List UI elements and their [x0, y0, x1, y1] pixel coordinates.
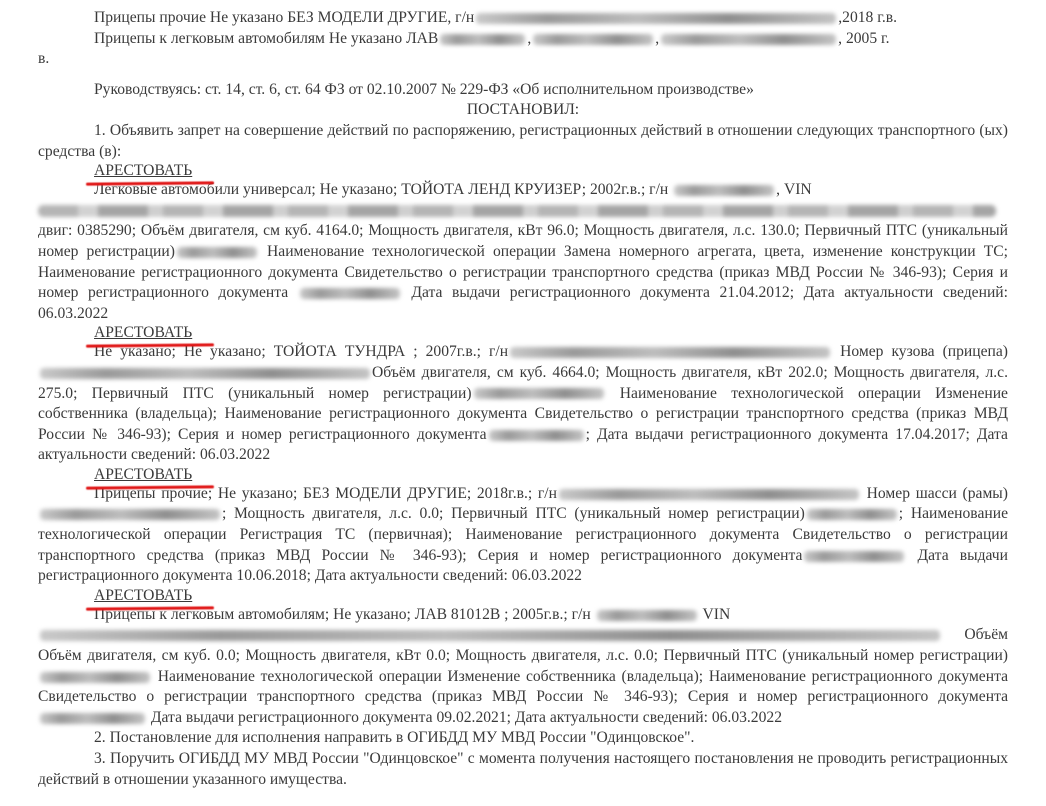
redacted-plate-vin	[559, 489, 859, 500]
redacted-model	[440, 34, 525, 45]
arrest-heading: АРЕСТОВАТЬ	[94, 587, 192, 605]
arrest-heading: АРЕСТОВАТЬ	[94, 466, 192, 484]
redacted-body-number	[40, 368, 370, 379]
redacted-vin-chassis-body	[38, 205, 996, 217]
vehicle-4: Прицепы к легковым автомобилям; Не указа…	[38, 605, 1008, 729]
vehicle-3: Прицепы прочие; Не указано; БЕЗ МОДЕЛИ Д…	[38, 484, 1008, 587]
redacted-plate	[597, 610, 697, 621]
redacted-chassis-number	[40, 509, 220, 520]
redacted-doc-number	[40, 713, 145, 724]
legal-basis: Руководствуясь: ст. 14, ст. 6, ст. 64 ФЗ…	[38, 80, 1008, 101]
clause-2: 2. Постановление для исполнения направит…	[38, 728, 1008, 749]
redacted-pts	[807, 509, 897, 520]
header-line-1: Прицепы прочие Не указано БЕЗ МОДЕЛИ ДРУ…	[38, 8, 1008, 29]
clause-3: 3. Поручить ОГИБДД МУ МВД России "Одинцо…	[38, 749, 1008, 790]
vehicle-2: Не указано; Не указано; ТОЙОТА ТУНДРА ; …	[38, 342, 1008, 466]
redacted-vin-chassis-body	[40, 630, 940, 641]
document-page: Прицепы прочие Не указано БЕЗ МОДЕЛИ ДРУ…	[38, 8, 1008, 790]
resolved-heading: ПОСТАНОВИЛ:	[38, 100, 1008, 121]
redacted-doc-number	[489, 430, 584, 441]
arrest-heading: АРЕСТОВАТЬ	[94, 324, 192, 342]
redacted-plate-vin	[510, 347, 830, 358]
redacted-plate	[533, 34, 653, 45]
header-line-2: Прицепы к легковым автомобилям Не указан…	[38, 29, 1008, 70]
redacted-vin	[661, 34, 836, 45]
redacted-pts	[40, 672, 150, 683]
redacted-plate	[476, 13, 836, 24]
vehicle-1: Легковые автомобили универсал; Не указан…	[38, 180, 1008, 324]
clause-1: 1. Объявить запрет на совершение действи…	[38, 121, 1008, 162]
arrest-heading: АРЕСТОВАТЬ	[94, 162, 192, 180]
redacted-doc-number	[804, 551, 904, 562]
redacted-doc-number	[300, 288, 400, 299]
redacted-pts	[474, 388, 604, 399]
redacted-pts	[177, 247, 257, 258]
redacted-plate	[674, 185, 774, 196]
